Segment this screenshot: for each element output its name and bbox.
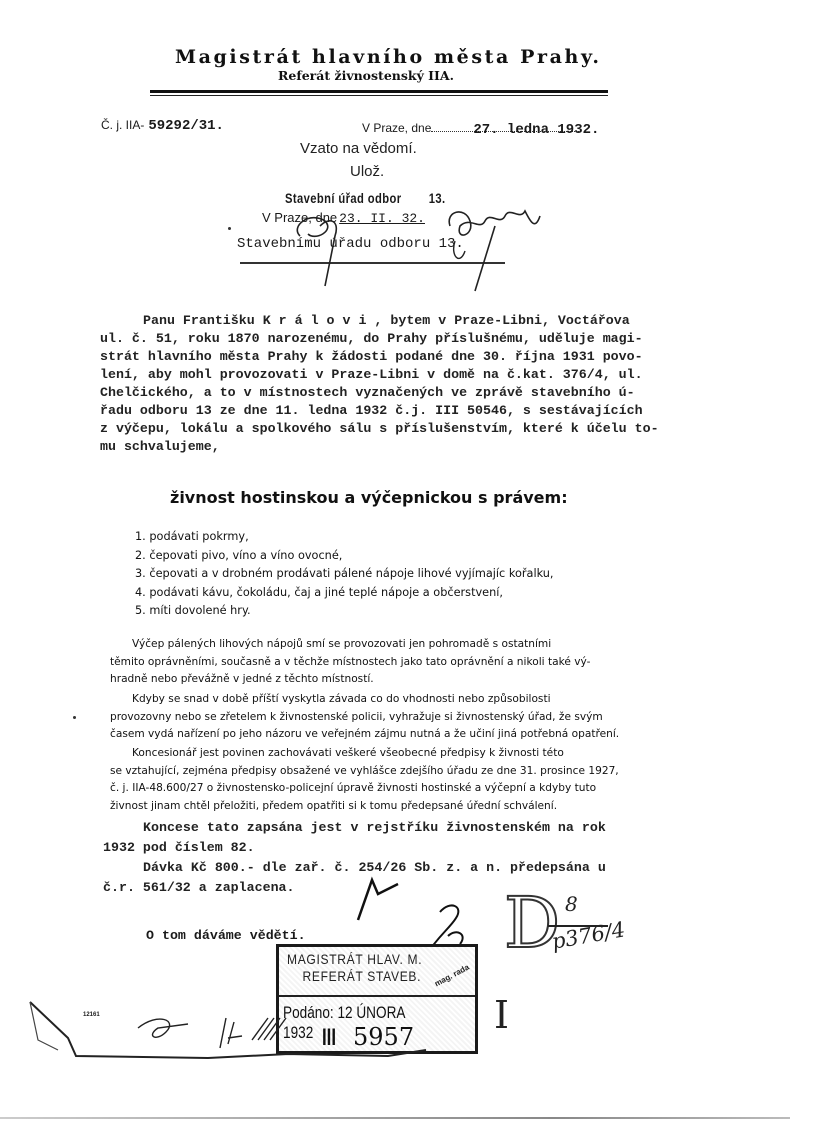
list-item: 2. čepovati pivo, víno a víno ovocné,: [135, 547, 554, 566]
condition-line: hradně nebo převážně v jedné z těchto mí…: [110, 671, 670, 689]
list-item: 3. čepovati a v drobném prodávati pálené…: [135, 565, 554, 584]
body-line: z výčepu, lokálu a spolkového sálu s pří…: [100, 420, 680, 438]
body-line: ul. č. 51, roku 1870 narozenému, do Prah…: [100, 330, 680, 348]
body-line: mu schvalujeme,: [100, 438, 680, 456]
document-page: Magistrát hlavního města Prahy. Referát …: [0, 0, 816, 1123]
list-item: 1. podávati pokrmy,: [135, 528, 554, 547]
handwritten-fraction-bottom: p376/4: [550, 917, 627, 953]
page-edge: [0, 1117, 790, 1119]
condition-line: Koncesionář jest povinen zachovávati veš…: [110, 745, 670, 763]
license-heading: živnost hostinskou a výčepnickou s práve…: [170, 488, 568, 507]
condition-paragraph: Kdyby se snad v době příští vyskytla záv…: [110, 691, 670, 744]
stamp-acknowledged: Vzato na vědomí.: [300, 140, 417, 157]
condition-paragraph: Koncesionář jest povinen zachovávati veš…: [110, 745, 670, 815]
note-line: Koncese tato zapsána jest v rejstříku ži…: [103, 818, 606, 838]
condition-line: časem vydá nařízení po jeho názoru ve ve…: [110, 726, 670, 744]
checkmark-icon: [350, 872, 410, 932]
closing-line: O tom dáváme vědětí.: [146, 928, 306, 943]
filing-stamp-department: REFERÁT STAVEB.: [287, 968, 422, 985]
body-text: Panu Františku K r á l o v i , bytem v P…: [100, 312, 680, 456]
stamp-file: Ulož.: [350, 163, 384, 180]
body-line: Chelčického, a to v místnostech vyznačen…: [100, 384, 680, 402]
condition-line: č. j. IIA-48.600/27 o živnostensko-polic…: [110, 780, 670, 798]
signature-icon: [280, 196, 550, 296]
rights-list: 1. podávati pokrmy, 2. čepovati pivo, ví…: [135, 528, 554, 621]
form-code: 12161: [83, 1012, 100, 1018]
place-date: V Praze, dne27. ledna 1932.: [362, 121, 579, 135]
list-item: 4. podávati kávu, čokoládu, čaj a jiné t…: [135, 584, 554, 603]
condition-line: Výčep pálených lihových nápojů smí se pr…: [110, 636, 670, 654]
filing-stamp-header: MAGISTRÁT HLAV. M. REFERÁT STAVEB.: [287, 951, 422, 985]
list-item: 5. míti dovolené hry.: [135, 602, 554, 621]
letterhead-rule: [150, 90, 608, 93]
condition-line: těmito oprávněními, současně a v těchže …: [110, 654, 670, 672]
ink-dot: [228, 227, 231, 230]
handwritten-letter: D: [504, 888, 560, 958]
document-date: 27. ledna 1932.: [473, 122, 599, 138]
filing-stamp-mark: mag. rada: [433, 963, 471, 989]
handwritten-roman: I: [494, 993, 509, 1037]
reference-value: 59292/31.: [148, 118, 224, 134]
letterhead-rule-thin: [150, 95, 608, 96]
condition-line: se vztahující, zejména předpisy obsažené…: [110, 763, 670, 781]
place-label: V Praze, dne: [362, 121, 431, 135]
letterhead-department: Referát živnostenský IIA.: [278, 68, 454, 83]
filing-stamp-divider: [279, 995, 475, 997]
body-line: strát hlavního města Prahy k žádosti pod…: [100, 348, 680, 366]
torn-edge-icon: [28, 1000, 428, 1060]
condition-line: živnost jinam chtěl přeložiti, předem op…: [110, 798, 670, 816]
body-line: Panu Františku K r á l o v i , bytem v P…: [100, 312, 680, 330]
letterhead-title: Magistrát hlavního města Prahy.: [175, 46, 602, 68]
body-line: lení, aby mohl provozovati v Praze-Libni…: [100, 366, 680, 384]
body-line: řadu odboru 13 ze dne 11. ledna 1932 č.j…: [100, 402, 680, 420]
condition-paragraph: Výčep pálených lihových nápojů smí se pr…: [110, 636, 670, 689]
reference-number: Č. j. IIA-59292/31.: [101, 117, 224, 134]
note-line: 1932 pod číslem 82.: [103, 838, 606, 858]
filing-stamp-office: MAGISTRÁT HLAV. M.: [287, 951, 422, 968]
condition-line: Kdyby se snad v době příští vyskytla záv…: [110, 691, 670, 709]
handwritten-fraction-top: 8: [565, 892, 578, 916]
condition-line: provozovny nebo se zřetelem k živnostens…: [110, 709, 670, 727]
ink-dot: [73, 716, 76, 719]
reference-label: Č. j. IIA-: [101, 118, 144, 132]
